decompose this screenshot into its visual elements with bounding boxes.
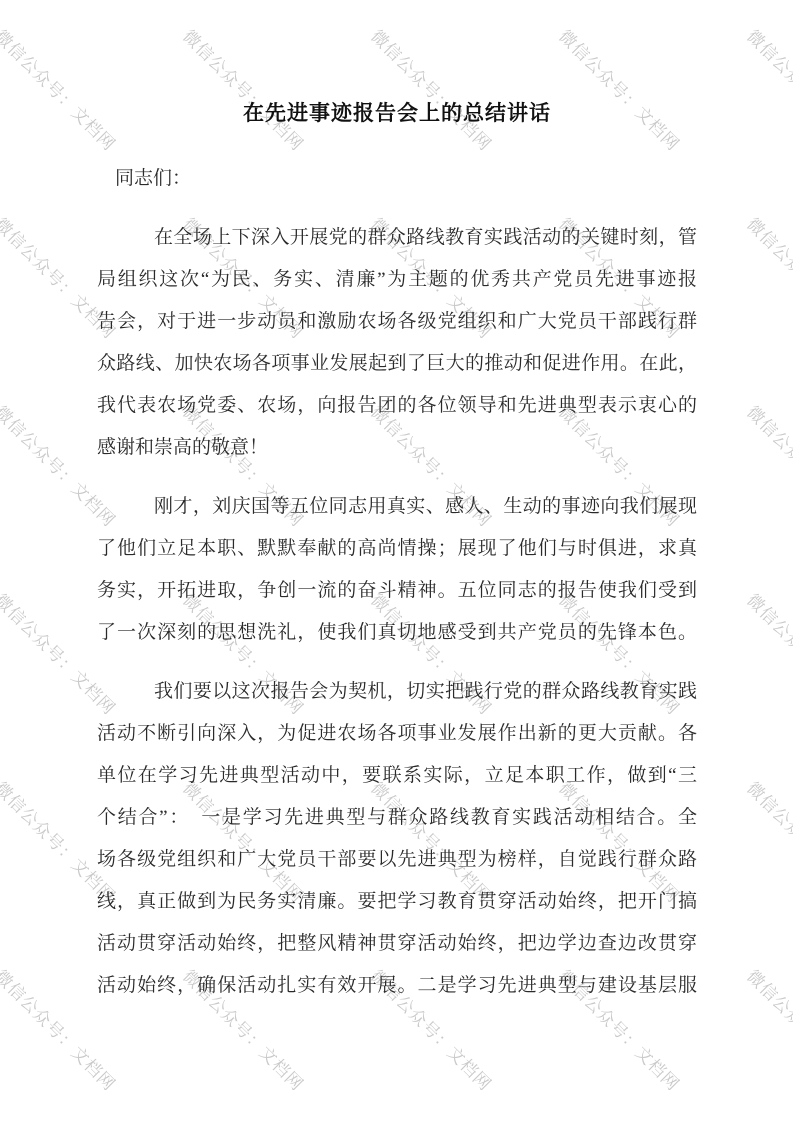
paragraph-line: 活动贯穿活动始终，把整风精神贯穿活动始终，把边学边查边改贯穿 — [97, 923, 697, 965]
paragraph-line: 刚才，刘庆国等五位同志用真实、感人、生动的事迹向我们展现 — [97, 486, 697, 528]
paragraph: 在全场上下深入开展党的群众路线教育实践活动的关键时刻，管 局组织这次“为民、务实… — [97, 217, 697, 469]
salutation: 同志们： — [97, 158, 697, 200]
paragraph-line: 告会，对于进一步动员和激励农场各级党组织和广大党员干部践行群 — [97, 301, 697, 343]
paragraph-line: 众路线、加快农场各项事业发展起到了巨大的推动和促进作用。在此， — [97, 343, 697, 385]
paragraph-line: 在全场上下深入开展党的群众路线教育实践活动的关键时刻，管 — [97, 217, 697, 259]
paragraph-line: 活动不断引向深入，为促进农场各项事业发展作出新的更大贡献。各 — [97, 713, 697, 755]
paragraph-line: 线，真正做到为民务实清廉。要把学习教育贯穿活动始终，把开门搞 — [97, 881, 697, 923]
paragraph-line: 场各级党组织和广大党员干部要以先进典型为榜样，自觉践行群众路 — [97, 839, 697, 881]
paragraph: 刚才，刘庆国等五位同志用真实、感人、生动的事迹向我们展现 了他们立足本职、默默奉… — [97, 486, 697, 654]
paragraph-line: 活动始终，确保活动扎实有效开展。二是学习先进典型与建设基层服 — [97, 965, 697, 1007]
paragraph: 我们要以这次报告会为契机，切实把践行党的群众路线教育实践 活动不断引向深入，为促… — [97, 671, 697, 1007]
document-title: 在先进事迹报告会上的总结讲话 — [97, 100, 697, 126]
paragraph-line: 我代表农场党委、农场，向报告团的各位领导和先进典型表示衷心的 — [97, 385, 697, 427]
paragraph-line: 单位在学习先进典型活动中，要联系实际，立足本职工作，做到“三 — [97, 755, 697, 797]
paragraph-line: 了他们立足本职、默默奉献的高尚情操；展现了他们与时俱进，求真 — [97, 528, 697, 570]
paragraph-line: 局组织这次“为民、务实、清廉”为主题的优秀共产党员先进事迹报 — [97, 259, 697, 301]
paragraph-line: 务实，开拓进取，争创一流的奋斗精神。五位同志的报告使我们受到 — [97, 570, 697, 612]
document-page: 微信公众号：文档网微信公众号：文档网微信公众号：文档网微信公众号：文档网微信公众… — [0, 0, 793, 1122]
paragraph-line: 我们要以这次报告会为契机，切实把践行党的群众路线教育实践 — [97, 671, 697, 713]
document-content: 在先进事迹报告会上的总结讲话 同志们： 在全场上下深入开展党的群众路线教育实践活… — [0, 0, 793, 1007]
paragraph-line: 感谢和崇高的敬意！ — [97, 427, 697, 469]
paragraph-line: 个结合”： 一是学习先进典型与群众路线教育实践活动相结合。全 — [97, 797, 697, 839]
paragraph-line: 了一次深刻的思想洗礼，使我们真切地感受到共产党员的先锋本色。 — [97, 612, 697, 654]
